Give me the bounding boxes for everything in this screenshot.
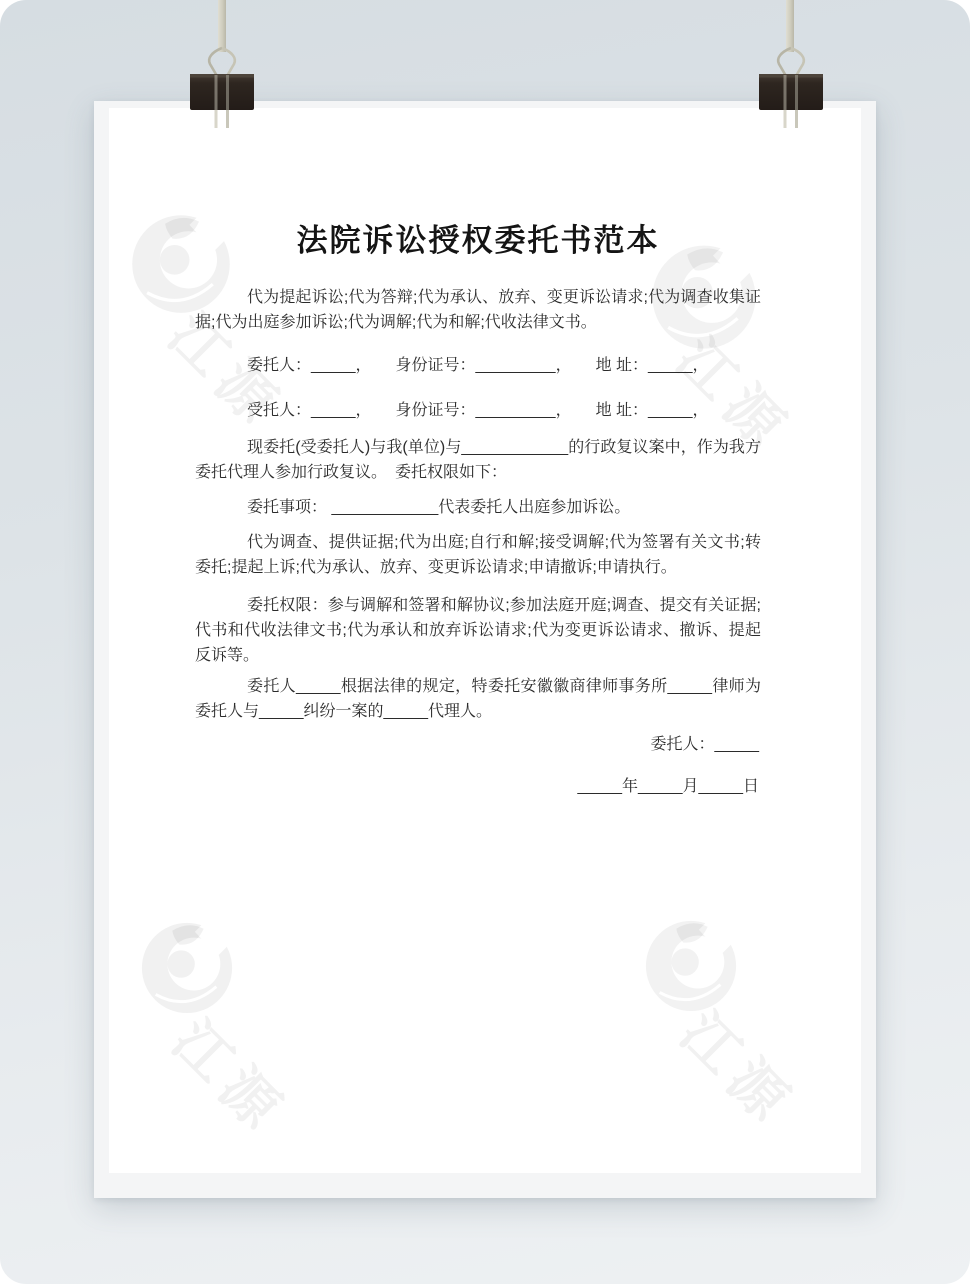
trustee-info-row: 受托人：_____， 身份证号：_________， 地 址：_____， xyxy=(195,398,761,423)
paragraph-authority-scope: 委托权限：参与调解和签署和解协议;参加法庭开庭;调查、提交有关证据;代书和代收法… xyxy=(195,593,761,668)
brand-logo-icon xyxy=(138,918,236,1016)
page-title: 法院诉讼授权委托书范本 xyxy=(195,223,761,259)
watermark-bottom-left: 江源 xyxy=(138,918,236,1016)
document-page: 江源 江源 xyxy=(109,108,861,1173)
poster-sheet: 江源 江源 xyxy=(94,101,876,1198)
paragraph-scope-of-agency: 代为提起诉讼;代为答辩;代为承认、放弃、变更诉讼请求;代为调查收集证据;代为出庭… xyxy=(195,285,761,335)
paragraph-lawyer-appointment: 委托人_____根据法律的规定，特委托安徽徽商律师事务所_____律师为委托人与… xyxy=(195,674,761,724)
paragraph-agency-powers: 代为调查、提供证据;代为出庭;自行和解;接受调解;代为签署有关文书;转委托;提起… xyxy=(195,530,761,580)
brand-logo-icon xyxy=(642,916,740,1014)
signature-line: 委托人：_____ xyxy=(195,732,761,757)
document-body: 法院诉讼授权委托书范本 代为提起诉讼;代为答辩;代为承认、放弃、变更诉讼请求;代… xyxy=(109,108,861,799)
brand-watermark-text: 江源 xyxy=(157,1000,307,1150)
date-line: _____年_____月_____日 xyxy=(195,774,761,799)
watermark-bottom-right: 江源 xyxy=(642,916,740,1014)
backdrop: 江源 江源 xyxy=(0,0,970,1284)
paragraph-case-statement: 现委托(受委托人)与我(单位)与____________的行政复议案中，作为我方… xyxy=(195,435,761,485)
principal-info-row: 委托人：_____， 身份证号：_________， 地 址：_____， xyxy=(195,353,761,378)
entrusted-matter-row: 委托事项： ____________代表委托人出庭参加诉讼。 xyxy=(195,495,761,520)
brand-watermark-text: 江源 xyxy=(665,992,815,1142)
